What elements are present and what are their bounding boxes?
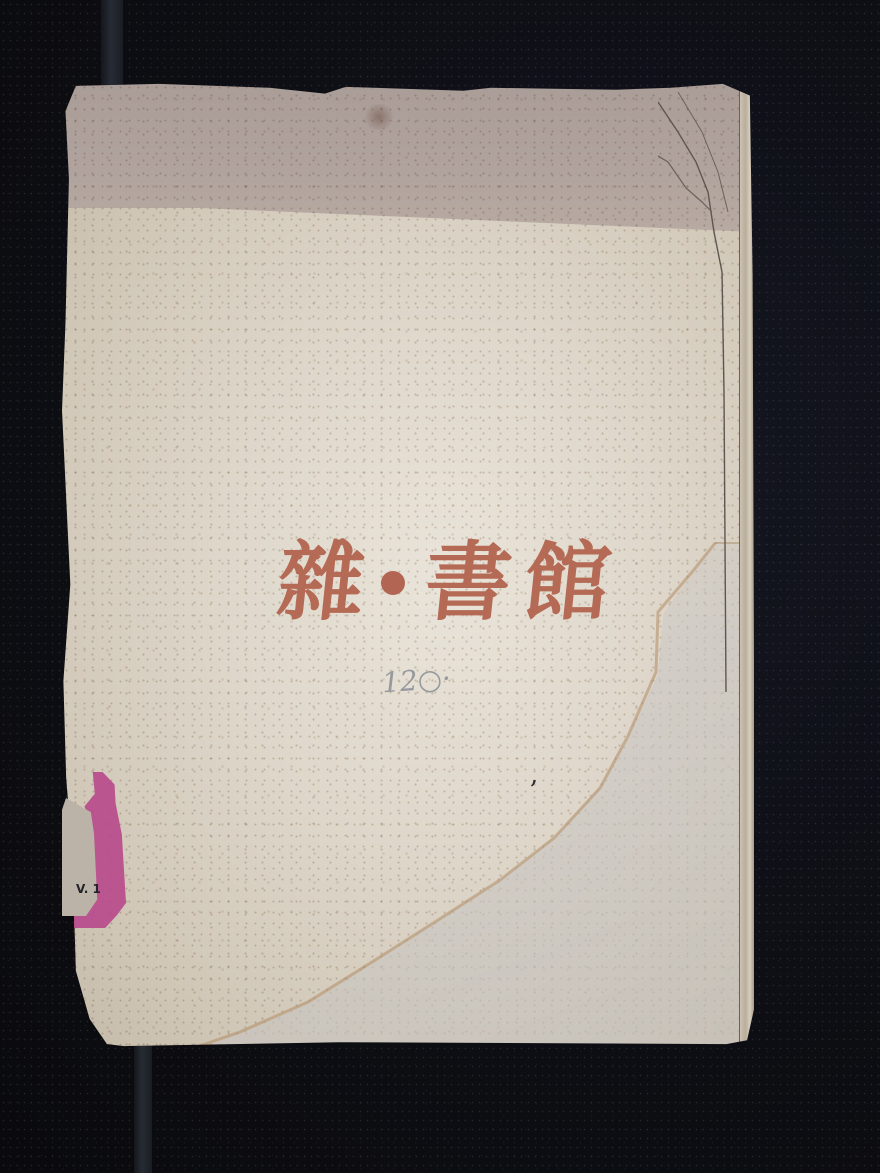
page-block-edge	[739, 82, 754, 1048]
pencil-handwritten-note: 12○·	[381, 662, 452, 700]
library-spine-label: V. 1	[62, 772, 128, 928]
dirt-smudge	[362, 104, 396, 130]
calligraphy-stamp: 雜 書 館	[278, 528, 608, 638]
volume-number: V. 1	[76, 882, 101, 896]
ink-mark: ,	[530, 760, 538, 790]
stamp-char-3: 館	[519, 540, 612, 626]
binding-strap-bottom	[134, 1045, 152, 1173]
stamp-char-2: 書	[420, 540, 513, 626]
photo-scene: 雜 書 館 12○· , V. 1	[0, 0, 880, 1173]
cover-crack-lines	[658, 92, 738, 692]
stamp-char-1: 雜	[273, 540, 366, 626]
stamp-dot-separator	[381, 571, 405, 595]
binding-strap-top	[101, 0, 123, 85]
